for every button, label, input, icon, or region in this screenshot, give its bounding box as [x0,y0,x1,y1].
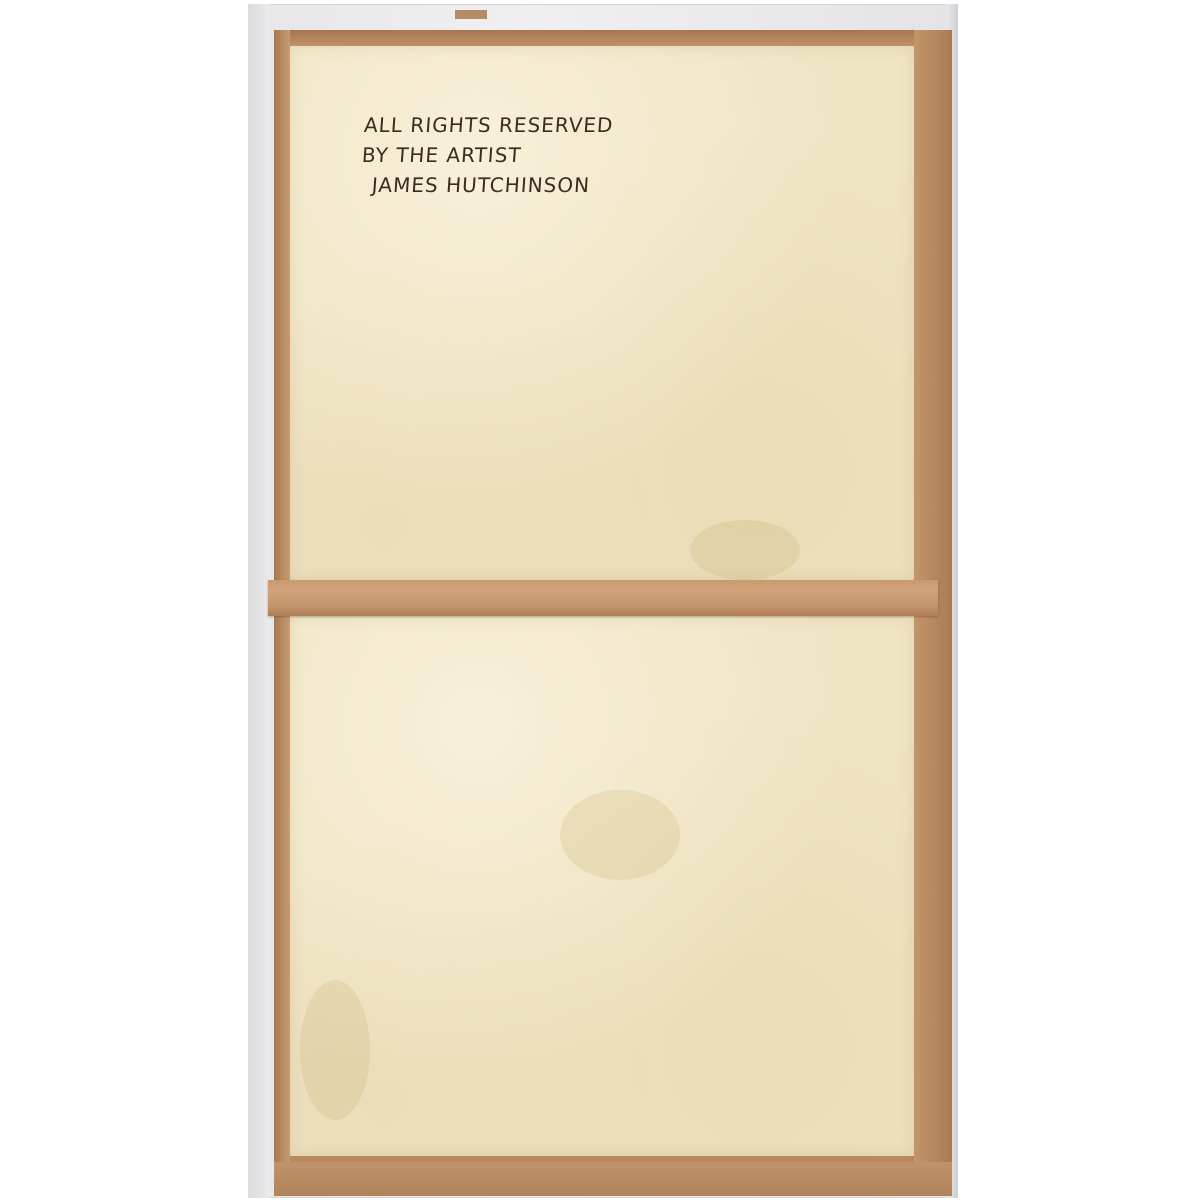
outer-frame-left-edge [248,4,270,1198]
canvas-stain [690,520,800,580]
stretcher-crossbar [268,580,938,616]
inscription-line: ALL RIGHTS RESERVED [363,110,614,140]
canvas-back-lower-panel [290,616,914,1156]
canvas-stain [300,980,370,1120]
stretcher-bottom-bar [274,1162,952,1196]
canvas-stain [560,790,680,880]
handwritten-inscription: ALL RIGHTS RESERVED BY THE ARTIST JAMES … [359,110,615,200]
tape-label-tab [455,10,487,19]
inscription-artist-name: JAMES HUTCHINSON [359,170,610,200]
stretcher-top-bar [274,30,952,46]
inscription-line: BY THE ARTIST [361,140,612,170]
